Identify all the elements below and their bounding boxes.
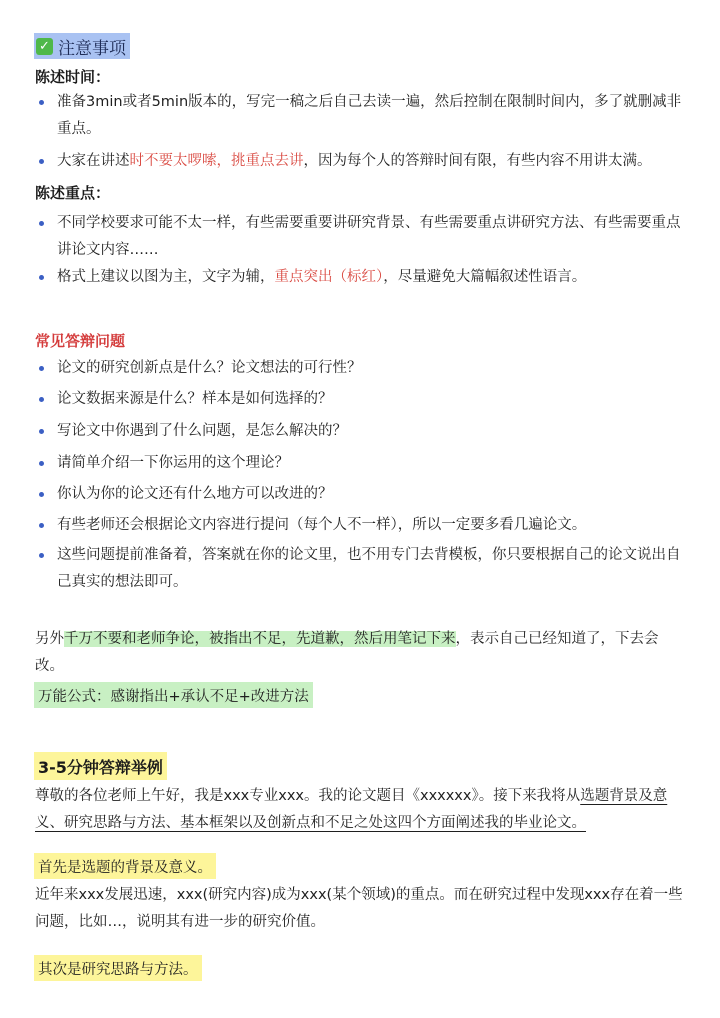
bullet-icon bbox=[35, 512, 57, 539]
underlined-text: 义、研究思路与方法、基本框架以及创新点和不足之处这四个方面阐述我的毕业论文。 bbox=[35, 815, 586, 831]
question-item: 论文数据来源是什么？样本是如何选择的？ bbox=[35, 386, 685, 413]
question-item: 写论文中你遇到了什么问题，是怎么解决的？ bbox=[35, 418, 685, 445]
bullet-icon bbox=[35, 450, 57, 477]
first-point-body: 近年来xxx发展迅速，xxx(研究内容)成为xxx(某个领域)的重点。而在研究过… bbox=[35, 882, 685, 936]
bullet-icon bbox=[35, 148, 57, 175]
check-mark-icon: ✓ bbox=[36, 38, 53, 55]
bullet-icon bbox=[35, 89, 57, 143]
question-item: 这些问题提前准备着，答案就在你的论文里，也不用专门去背模板，你只要根据自己的论文… bbox=[35, 542, 685, 596]
bullet-text: ，因为每个人的答辩时间有限，有些内容不用讲太满。 bbox=[304, 153, 652, 169]
bullet-icon bbox=[35, 386, 57, 413]
emphasis-red-text: 重点突出（标红） bbox=[275, 269, 384, 285]
bullet-icon bbox=[35, 418, 57, 445]
time-bullet-1: 准备3min或者5min版本的，写完一稿之后自己去读一遍，然后控制在限制时间内，… bbox=[35, 89, 685, 143]
bullet-icon bbox=[35, 264, 57, 291]
bullet-text: ，尽量避免大篇幅叙述性语言。 bbox=[383, 269, 586, 285]
emphasis-red-text: 时不要太啰嗦，挑重点去讲 bbox=[130, 153, 304, 169]
question-item: 论文的研究创新点是什么？论文想法的可行性？ bbox=[35, 355, 685, 382]
question-item: 你认为你的论文还有什么地方可以改进的？ bbox=[35, 481, 685, 508]
bullet-text: 准备3min或者5min版本的，写完一稿之后自己去读一遍，然后控制在限制时间内，… bbox=[57, 89, 685, 143]
formula-highlight: 万能公式：感谢指出+承认不足+改进方法 bbox=[34, 682, 313, 708]
focus-bullet-1: 不同学校要求可能不太一样，有些需要重要讲研究背景、有些需要重点讲研究方法、有些需… bbox=[35, 210, 685, 264]
focus-heading: 陈述重点： bbox=[35, 182, 110, 203]
bullet-icon bbox=[35, 542, 57, 596]
example-section-title: 3-5分钟答辩举例 bbox=[34, 752, 167, 780]
bullet-icon bbox=[35, 210, 57, 264]
notes-title-callout: ✓ 注意事项 bbox=[34, 33, 130, 59]
notes-title: 注意事项 bbox=[58, 34, 126, 59]
green-highlight-text: 千万不要和老师争论，被指出不足，先道歉，然后用笔记下来 bbox=[64, 631, 456, 647]
example-intro-paragraph: 尊敬的各位老师上午好，我是xxx专业xxx。我的论文题目《xxxxxx》。接下来… bbox=[35, 783, 685, 837]
bullet-text: 大家在讲述 bbox=[57, 153, 130, 169]
focus-bullet-2: 格式上建议以图为主，文字为辅，重点突出（标红），尽量避免大篇幅叙述性语言。 bbox=[35, 264, 685, 291]
bullet-icon bbox=[35, 481, 57, 508]
time-bullet-2: 大家在讲述时不要太啰嗦，挑重点去讲，因为每个人的答辩时间有限，有些内容不用讲太满… bbox=[35, 148, 685, 175]
bullet-icon bbox=[35, 355, 57, 382]
advice-paragraph: 另外千万不要和老师争论，被指出不足，先道歉，然后用笔记下来，表示自己已经知道了，… bbox=[35, 626, 685, 680]
question-item: 请简单介绍一下你运用的这个理论？ bbox=[35, 450, 685, 477]
bullet-text: 不同学校要求可能不太一样，有些需要重要讲研究背景、有些需要重点讲研究方法、有些需… bbox=[57, 210, 685, 264]
second-point-heading: 其次是研究思路与方法。 bbox=[34, 955, 202, 981]
first-point-heading: 首先是选题的背景及意义。 bbox=[34, 853, 216, 879]
underlined-text: 选题背景及意 bbox=[580, 788, 667, 804]
bullet-text: 格式上建议以图为主，文字为辅， bbox=[57, 269, 275, 285]
time-heading: 陈述时间： bbox=[35, 66, 110, 87]
question-item: 有些老师还会根据论文内容进行提问（每个人不一样），所以一定要多看几遍论文。 bbox=[35, 512, 685, 539]
questions-heading: 常见答辩问题 bbox=[35, 330, 125, 351]
